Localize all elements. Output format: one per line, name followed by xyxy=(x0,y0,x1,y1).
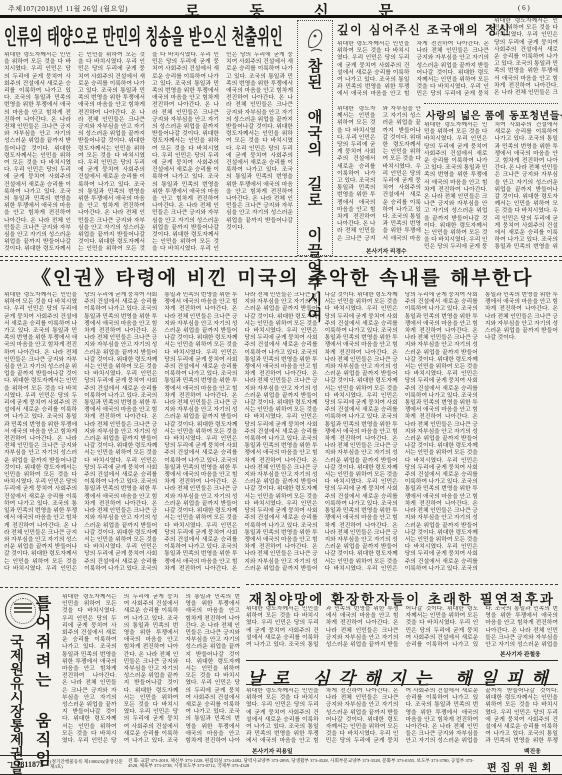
patriotism-body-lower: 위대한 령도자께서는 인민을 위하여 모든 것을 다 바치시였다. 우리 인민은… xyxy=(337,106,421,246)
footer-registration: ㄱ-1811875 xyxy=(6,760,44,769)
lead-article-headline: 인류의 태양으로 만민의 칭송을 받으신 천출위인 xyxy=(4,21,283,51)
sketch-icon xyxy=(303,25,327,55)
tsunami-byline-right: 백진웅 xyxy=(524,746,541,755)
editorial-committee: 편집위원회 xyxy=(487,759,555,774)
youth-divider xyxy=(424,103,558,104)
footer-rule xyxy=(0,755,562,756)
patriotism-headline: 깊이 심어주신 조국애의 정신 xyxy=(337,21,511,38)
youth-headline: 사랑의 넓은 품에 동포청년들을 xyxy=(426,107,562,122)
tsunami-rule-bottom xyxy=(246,684,558,685)
header-rule xyxy=(0,15,562,18)
tsunami-headline: 날로 심각해지는 해일피해 xyxy=(246,664,558,689)
feature-body: 위대한 령도자께서는 인민을 위하여 모든 것을 다 바치시였다. 우리 인민은… xyxy=(4,292,558,580)
patriotism-side-column: 위대한 령도자께서는 인민을 위하여 모든 것을 다 바치시였다. 우리 인민은… xyxy=(494,18,558,102)
slogan-vertical-text: 참된 애국의 길로 이끌어주시여 xyxy=(305,58,326,248)
tsunami-body: 위대한 령도자께서는 인민을 위하여 모든 것을 다 바치시였다. 우리 인민은… xyxy=(246,688,558,748)
patriotism-body-upper: 위대한 령도자께서는 인민을 위하여 모든 것을 다 바치시였다. 우리 인민은… xyxy=(337,41,489,102)
footer-phones: 전 화: 교환 373-2010, 체신부 373-1228, 편집의실 373… xyxy=(128,758,478,769)
bottom-edge-rule xyxy=(0,774,562,775)
youth-body: 위대한 령도자께서는 인민을 위하여 모든 것을 다 바치시였다. 우리 인민은… xyxy=(424,122,558,254)
masthead-title: 로동신문 xyxy=(185,0,443,21)
reinvasion-divider xyxy=(246,584,558,585)
oil-divider xyxy=(0,587,240,588)
feature-divider-2 xyxy=(0,260,562,261)
tsunami-byline-left: 본사기자 리용일 xyxy=(252,746,293,755)
reinvasion-headline: 재침야망에 환장한자들이 초래한 필연적후과 xyxy=(246,588,558,608)
feature-headline: 《인권》타령에 비낀 미국의 추악한 속내를 해부한다 xyxy=(3,263,562,290)
oil-vertical-headline-2: 틀어쥐려는 움직임 xyxy=(31,595,54,745)
slogan-strip: 참된 애국의 길로 이끌어주시여 xyxy=(297,20,333,256)
stamp-marks xyxy=(14,607,32,609)
feature-divider-1 xyxy=(0,256,562,257)
lead-article-body: 위대한 령도자께서는 인민을 위하여 모든 것을 다 바치시였다. 우리 인민은… xyxy=(4,52,293,254)
reinvasion-byline: 본사기자 관철웅 xyxy=(500,649,541,658)
tsunami-rule-top xyxy=(246,660,558,661)
newspaper-page: 주체107(2018)년 11월 26일 (월요일) 로동신문 ( 6 ) 인류… xyxy=(0,0,562,775)
issue-date: 주체107(2018)년 11월 26일 (월요일) xyxy=(8,4,128,14)
footer-registration-detail: (정기간행물등록 제130023)(중앙신문 제3호) xyxy=(50,759,124,770)
oil-vertical-headline-1: 국제원유시장통제권을 xyxy=(6,634,26,772)
page-number: ( 6 ) xyxy=(518,4,530,12)
patriotism-byline: 본사기자 리경수 xyxy=(366,246,407,255)
oil-body: 위대한 령도자께서는 인민을 위하여 모든 것을 다 바치시였다. 우리 인민은… xyxy=(62,594,240,750)
